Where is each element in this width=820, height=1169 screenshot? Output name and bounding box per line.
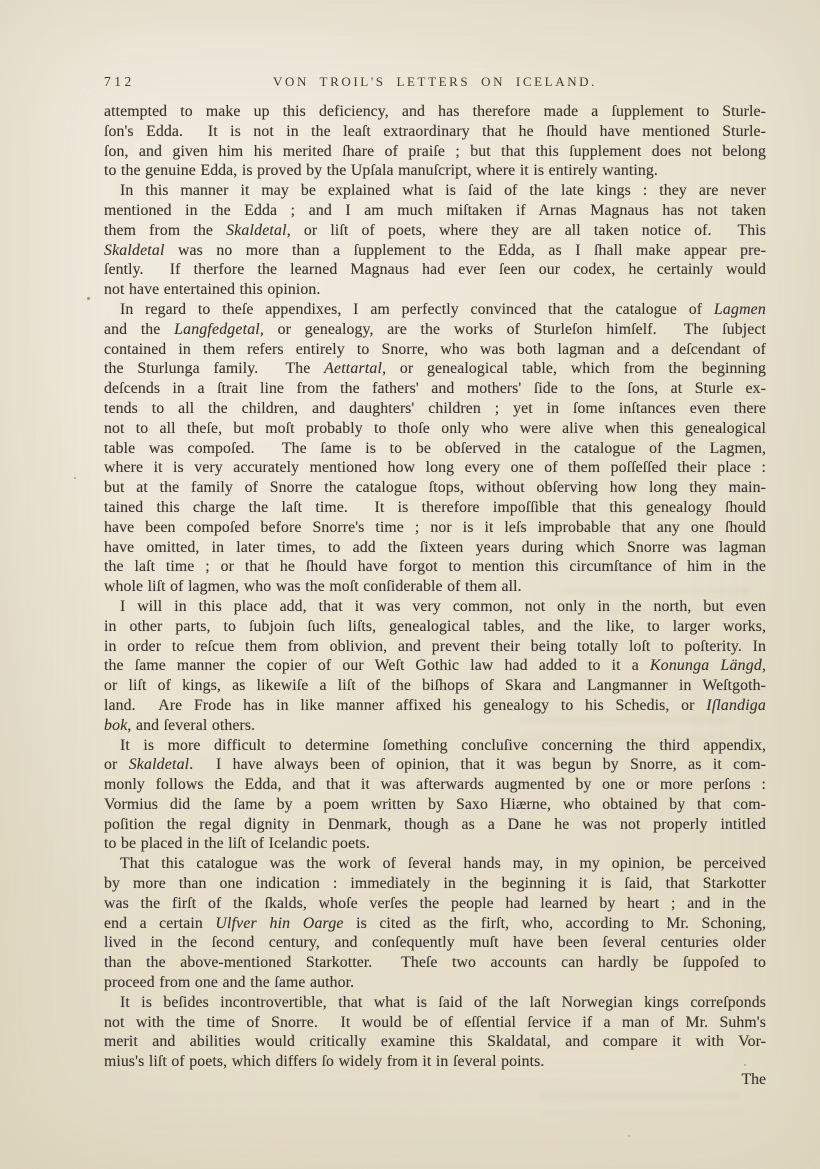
- text-line: than the above-mentioned Starkotter. The…: [104, 953, 766, 973]
- text-line: or Skaldetal. I have always been of opin…: [104, 755, 766, 775]
- text-line: in other parts, to ſubjoin ſuch liſts, g…: [104, 617, 766, 637]
- text-line: contained in them refers entirely to Sno…: [104, 340, 766, 360]
- text-line: end a certain Ulfver hin Oarge is cited …: [104, 914, 766, 934]
- paper-speck: [87, 297, 90, 300]
- text-line: proceed from one and the ſame author.: [104, 973, 766, 993]
- text-line: whole liſt of lagmen, who was the moſt c…: [104, 577, 766, 597]
- text-line: not have entertained this opinion.: [104, 280, 766, 300]
- text-line: or liſt of kings, as likewiſe a liſt of …: [104, 676, 766, 696]
- text-line: have been compoſed before Snorre's time …: [104, 518, 766, 538]
- text-line: merit and abilities would critically exa…: [104, 1032, 766, 1052]
- text-line: It is more difficult to determine ſometh…: [104, 736, 766, 756]
- text-line: poſition the regal dignity in Denmark, t…: [104, 815, 766, 835]
- text-line: and the Langfedgetal, or genealogy, are …: [104, 320, 766, 340]
- text-line: In regard to theſe appendixes, I am perf…: [104, 300, 766, 320]
- text-line: That this catalogue was the work of ſeve…: [104, 854, 766, 874]
- text-line: the ſame manner the copier of our Weſt G…: [104, 656, 766, 676]
- text-line: but at the family of Snorre the catalogu…: [104, 478, 766, 498]
- text-line: was the firſt of the ſkalds, whoſe verſe…: [104, 894, 766, 914]
- book-page: 712 VON TROIL'S LETTERS ON ICELAND. atte…: [0, 0, 820, 1169]
- text-line: land. Are Frode has in like manner affix…: [104, 696, 766, 716]
- running-title: VON TROIL'S LETTERS ON ICELAND.: [104, 74, 766, 90]
- text-line: lived in the ſecond century, and conſequ…: [104, 933, 766, 953]
- text-line: not with the time of Snorre. It would be…: [104, 1013, 766, 1033]
- text-line: to be placed in the liſt of Icelandic po…: [104, 834, 766, 854]
- running-head: 712 VON TROIL'S LETTERS ON ICELAND.: [104, 74, 766, 94]
- text-line: the laſt time ; or that he ſhould have f…: [104, 557, 766, 577]
- body-text: attempted to make up this deficiency, an…: [104, 102, 766, 1072]
- text-line: attempted to make up this deficiency, an…: [104, 102, 766, 122]
- text-line: tained this charge the laſt time. It is …: [104, 498, 766, 518]
- text-line: not to all theſe, but moſt probably to t…: [104, 419, 766, 439]
- text-line: them from the Skaldetal, or liſt of poet…: [104, 221, 766, 241]
- text-line: to the genuine Edda, is proved by the Up…: [104, 161, 766, 181]
- text-line: monly follows the Edda, and that it was …: [104, 775, 766, 795]
- text-line: ſon's Edda. It is not in the leaſt extra…: [104, 122, 766, 142]
- text-line: where it is very accurately mentioned ho…: [104, 458, 766, 478]
- text-line: tends to all the children, and daughters…: [104, 399, 766, 419]
- text-line: by more than one indication : immediatel…: [104, 874, 766, 894]
- text-line: Skaldetal was no more than a ſupplement …: [104, 241, 766, 261]
- paper-speck: [628, 1135, 630, 1137]
- paper-speck: [74, 477, 76, 479]
- text-line: bok, and ſeveral others.: [104, 716, 766, 736]
- text-line: ſon, and given him his merited ſhare of …: [104, 142, 766, 162]
- text-line: table was compoſed. The ſame is to be ob…: [104, 439, 766, 459]
- text-line: In this manner it may be explained what …: [104, 181, 766, 201]
- text-line: deſcends in a ſtrait line from the fathe…: [104, 379, 766, 399]
- paper-speck: [744, 1064, 746, 1066]
- text-line: mius's liſt of poets, which differs ſo w…: [104, 1052, 766, 1072]
- ink-showthrough: [540, 1092, 740, 1114]
- text-line: in order to reſcue them from oblivion, a…: [104, 637, 766, 657]
- catchword: The: [104, 1071, 766, 1089]
- text-line: Vormius did the ſame by a poem written b…: [104, 795, 766, 815]
- text-line: mentioned in the Edda ; and I am much mi…: [104, 201, 766, 221]
- text-line: I will in this place add, that it was ve…: [104, 597, 766, 617]
- text-line: ſently. If therfore the learned Magnaus …: [104, 260, 766, 280]
- text-line: have omitted, in later times, to add the…: [104, 538, 766, 558]
- text-line: It is beſides incontrovertible, that wha…: [104, 993, 766, 1013]
- text-line: the Sturlunga family. The Aettartal, or …: [104, 359, 766, 379]
